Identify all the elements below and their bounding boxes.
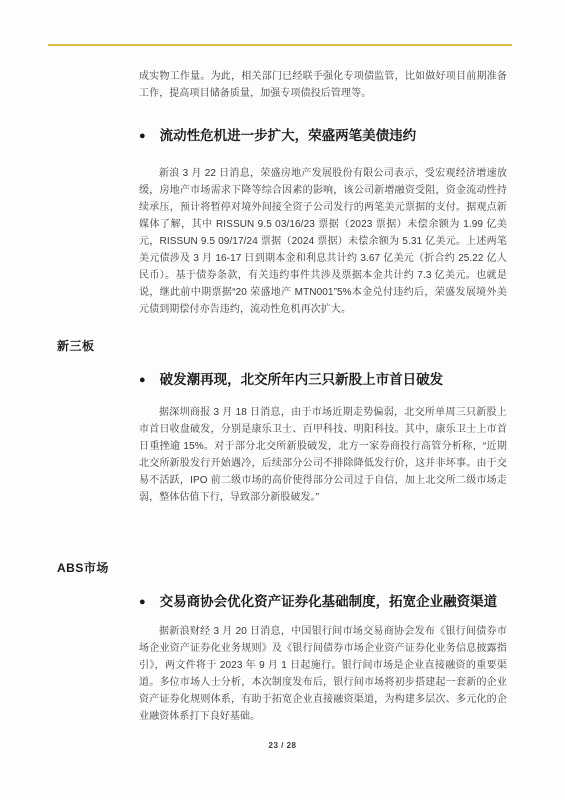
document-page: 新三板 ABS市场 成实物工作量。为此，相关部门已经联手强化专项债监管，比如做好…: [0, 0, 565, 800]
header-accent-rule: [48, 44, 512, 46]
section-heading-neeq: ● 破发潮再现，北交所年内三只新股上市首日破发: [139, 370, 507, 391]
paragraph-continuation: 成实物工作量。为此，相关部门已经联手强化专项债监管，比如做好项目前期准备工作，提…: [139, 68, 507, 102]
page-number: 23 / 28: [0, 741, 565, 750]
section-paragraph-rongsheng: 新浪 3 月 22 日消息，荣盛房地产发展股份有限公司表示，受宏观经济增速放缓，…: [139, 165, 507, 318]
section-heading-rongsheng: ● 流动性危机进一步扩大，荣盛两笔美债违约: [139, 126, 507, 147]
section-heading-text: 流动性危机进一步扩大，荣盛两笔美债违约: [160, 126, 417, 145]
section-paragraph-abs: 据新浪财经 3 月 20 日消息，中国银行间市场交易商协会发布《银行间债券市场企…: [139, 623, 507, 725]
section-heading-text: 交易商协会优化资产证券化基础制度，拓宽企业融资渠道: [160, 592, 498, 611]
margin-label-abs-market: ABS市场: [57, 559, 109, 576]
bullet-icon: ●: [139, 593, 146, 612]
section-heading-text: 破发潮再现，北交所年内三只新股上市首日破发: [160, 370, 444, 389]
margin-label-neeq: 新三板: [57, 337, 95, 354]
bullet-icon: ●: [139, 371, 146, 390]
document-body: 成实物工作量。为此，相关部门已经联手强化专项债监管，比如做好项目前期准备工作，提…: [139, 68, 507, 725]
section-paragraph-neeq: 据深圳商报 3 月 18 日消息，由于市场近期走势偏弱，北交所单周三只新股上市首…: [139, 404, 507, 506]
section-heading-abs: ● 交易商协会优化资产证券化基础制度，拓宽企业融资渠道: [139, 592, 507, 613]
bullet-icon: ●: [139, 127, 146, 146]
